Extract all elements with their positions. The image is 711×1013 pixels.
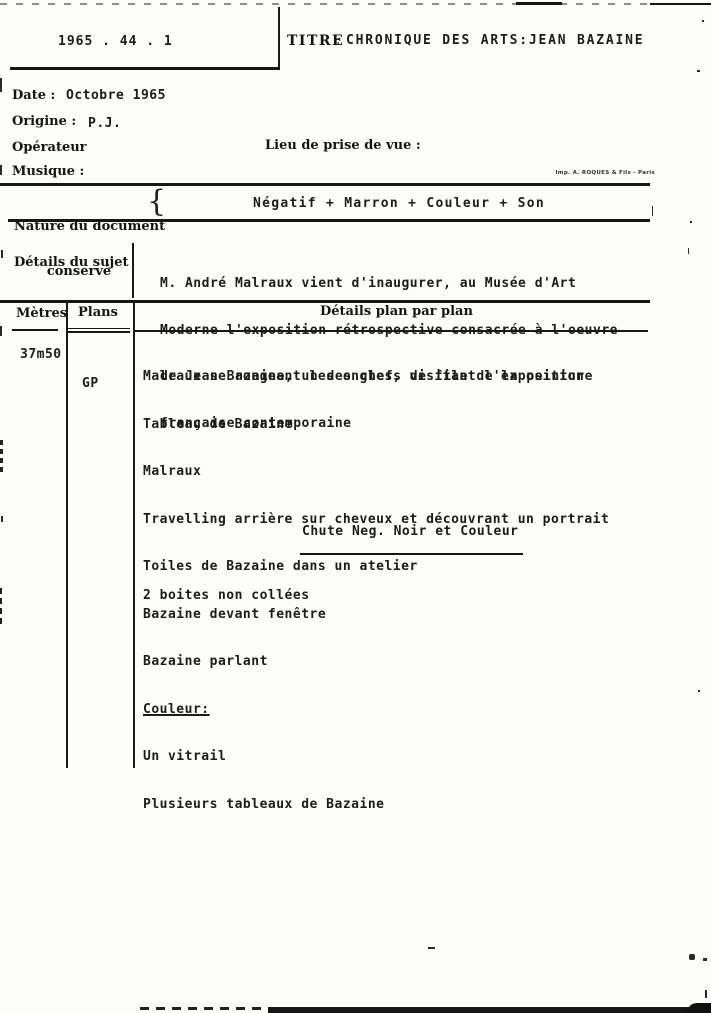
speckle xyxy=(428,947,435,949)
horizontal-rule xyxy=(66,328,130,329)
top-scan-edge xyxy=(0,3,711,5)
speckle xyxy=(1,250,3,258)
shot-detail-line: Malraux xyxy=(143,463,609,481)
speckle xyxy=(689,954,695,960)
top-scan-edge-segment xyxy=(516,2,562,5)
plans-value: GP xyxy=(82,376,99,391)
speckle xyxy=(702,20,704,22)
shot-detail-line: Tableau de Bazaine xyxy=(143,416,609,434)
speckle xyxy=(652,206,653,216)
speckle xyxy=(0,326,2,336)
horizontal-rule xyxy=(134,330,648,332)
table-header-details: Détails plan par plan xyxy=(320,304,473,319)
speckle xyxy=(688,248,689,254)
shot-detail-line: Un vitrail xyxy=(143,748,609,766)
printer-mark: Imp. A. ROQUES & Fils - Paris xyxy=(535,170,655,176)
table-column-line xyxy=(133,300,135,768)
speckle xyxy=(0,440,3,474)
nature-value: Négatif + Marron + Couleur + Son xyxy=(253,196,545,211)
shot-detail-line: Malraux se rongeant les ongles, visitant… xyxy=(143,368,609,386)
footer-note: 2 boites non collées xyxy=(143,588,310,603)
metres-value: 37m50 xyxy=(20,347,62,362)
horizontal-rule xyxy=(8,219,650,222)
speckle xyxy=(690,221,692,223)
table-column-line xyxy=(66,300,68,768)
chute-underline xyxy=(300,553,523,555)
date-label: Date : xyxy=(12,88,55,103)
table-header-metres: Mètres xyxy=(16,306,67,321)
speckle xyxy=(0,588,2,624)
speckle xyxy=(1,516,3,522)
bottom-scan-edge-band xyxy=(268,1007,711,1013)
speckle xyxy=(0,78,2,92)
speckle xyxy=(697,70,700,72)
horizontal-rule xyxy=(12,329,58,331)
shot-detail-line-couleur: Couleur: xyxy=(143,701,609,719)
scanned-archive-form: 1965 . 44 . 1 TITRE : CHRONIQUE DES ARTS… xyxy=(0,0,711,1013)
sujet-label: Détails du sujet xyxy=(14,255,129,270)
nature-brace: { xyxy=(147,184,166,219)
horizontal-rule xyxy=(0,300,650,303)
date-value: Octobre 1965 xyxy=(66,88,166,103)
horizontal-rule xyxy=(66,331,130,333)
origine-value: P.J. xyxy=(88,116,121,131)
bottom-scan-edge xyxy=(140,1007,270,1010)
shot-detail-line: Plusieurs tableaux de Bazaine xyxy=(143,796,609,814)
speckle xyxy=(705,990,707,998)
sujet-divider-line xyxy=(132,243,134,298)
horizontal-rule xyxy=(0,183,650,186)
table-header-plans: Plans xyxy=(78,305,118,320)
origine-label: Origine : xyxy=(12,114,76,129)
nature-label: Nature du document conservé xyxy=(14,189,144,309)
reference-box-right-border xyxy=(278,7,280,70)
reference-box-bottom-border xyxy=(10,67,280,70)
top-scan-edge-segment xyxy=(650,3,711,5)
lieu-de-prise-de-vue-label: Lieu de prise de vue : xyxy=(265,138,421,153)
speckle xyxy=(703,958,707,961)
speckle xyxy=(0,165,2,175)
shot-detail-line: Toiles de Bazaine dans un atelier xyxy=(143,558,609,576)
title-separator: : xyxy=(336,33,340,48)
corner-scan-blob xyxy=(687,1003,711,1013)
reference-number: 1965 . 44 . 1 xyxy=(58,34,173,49)
speckle xyxy=(698,690,700,692)
shot-detail-line: Bazaine parlant xyxy=(143,653,609,671)
operateur-label: Opérateur xyxy=(12,140,87,155)
sujet-line: M. André Malraux vient d'inaugurer, au M… xyxy=(160,276,618,293)
shot-detail-line: Bazaine devant fenêtre xyxy=(143,606,609,624)
title-value: CHRONIQUE DES ARTS:JEAN BAZAINE xyxy=(346,33,644,48)
chute-note: Chute Neg. Noir et Couleur xyxy=(302,524,519,539)
musique-label: Musique : xyxy=(12,164,84,179)
